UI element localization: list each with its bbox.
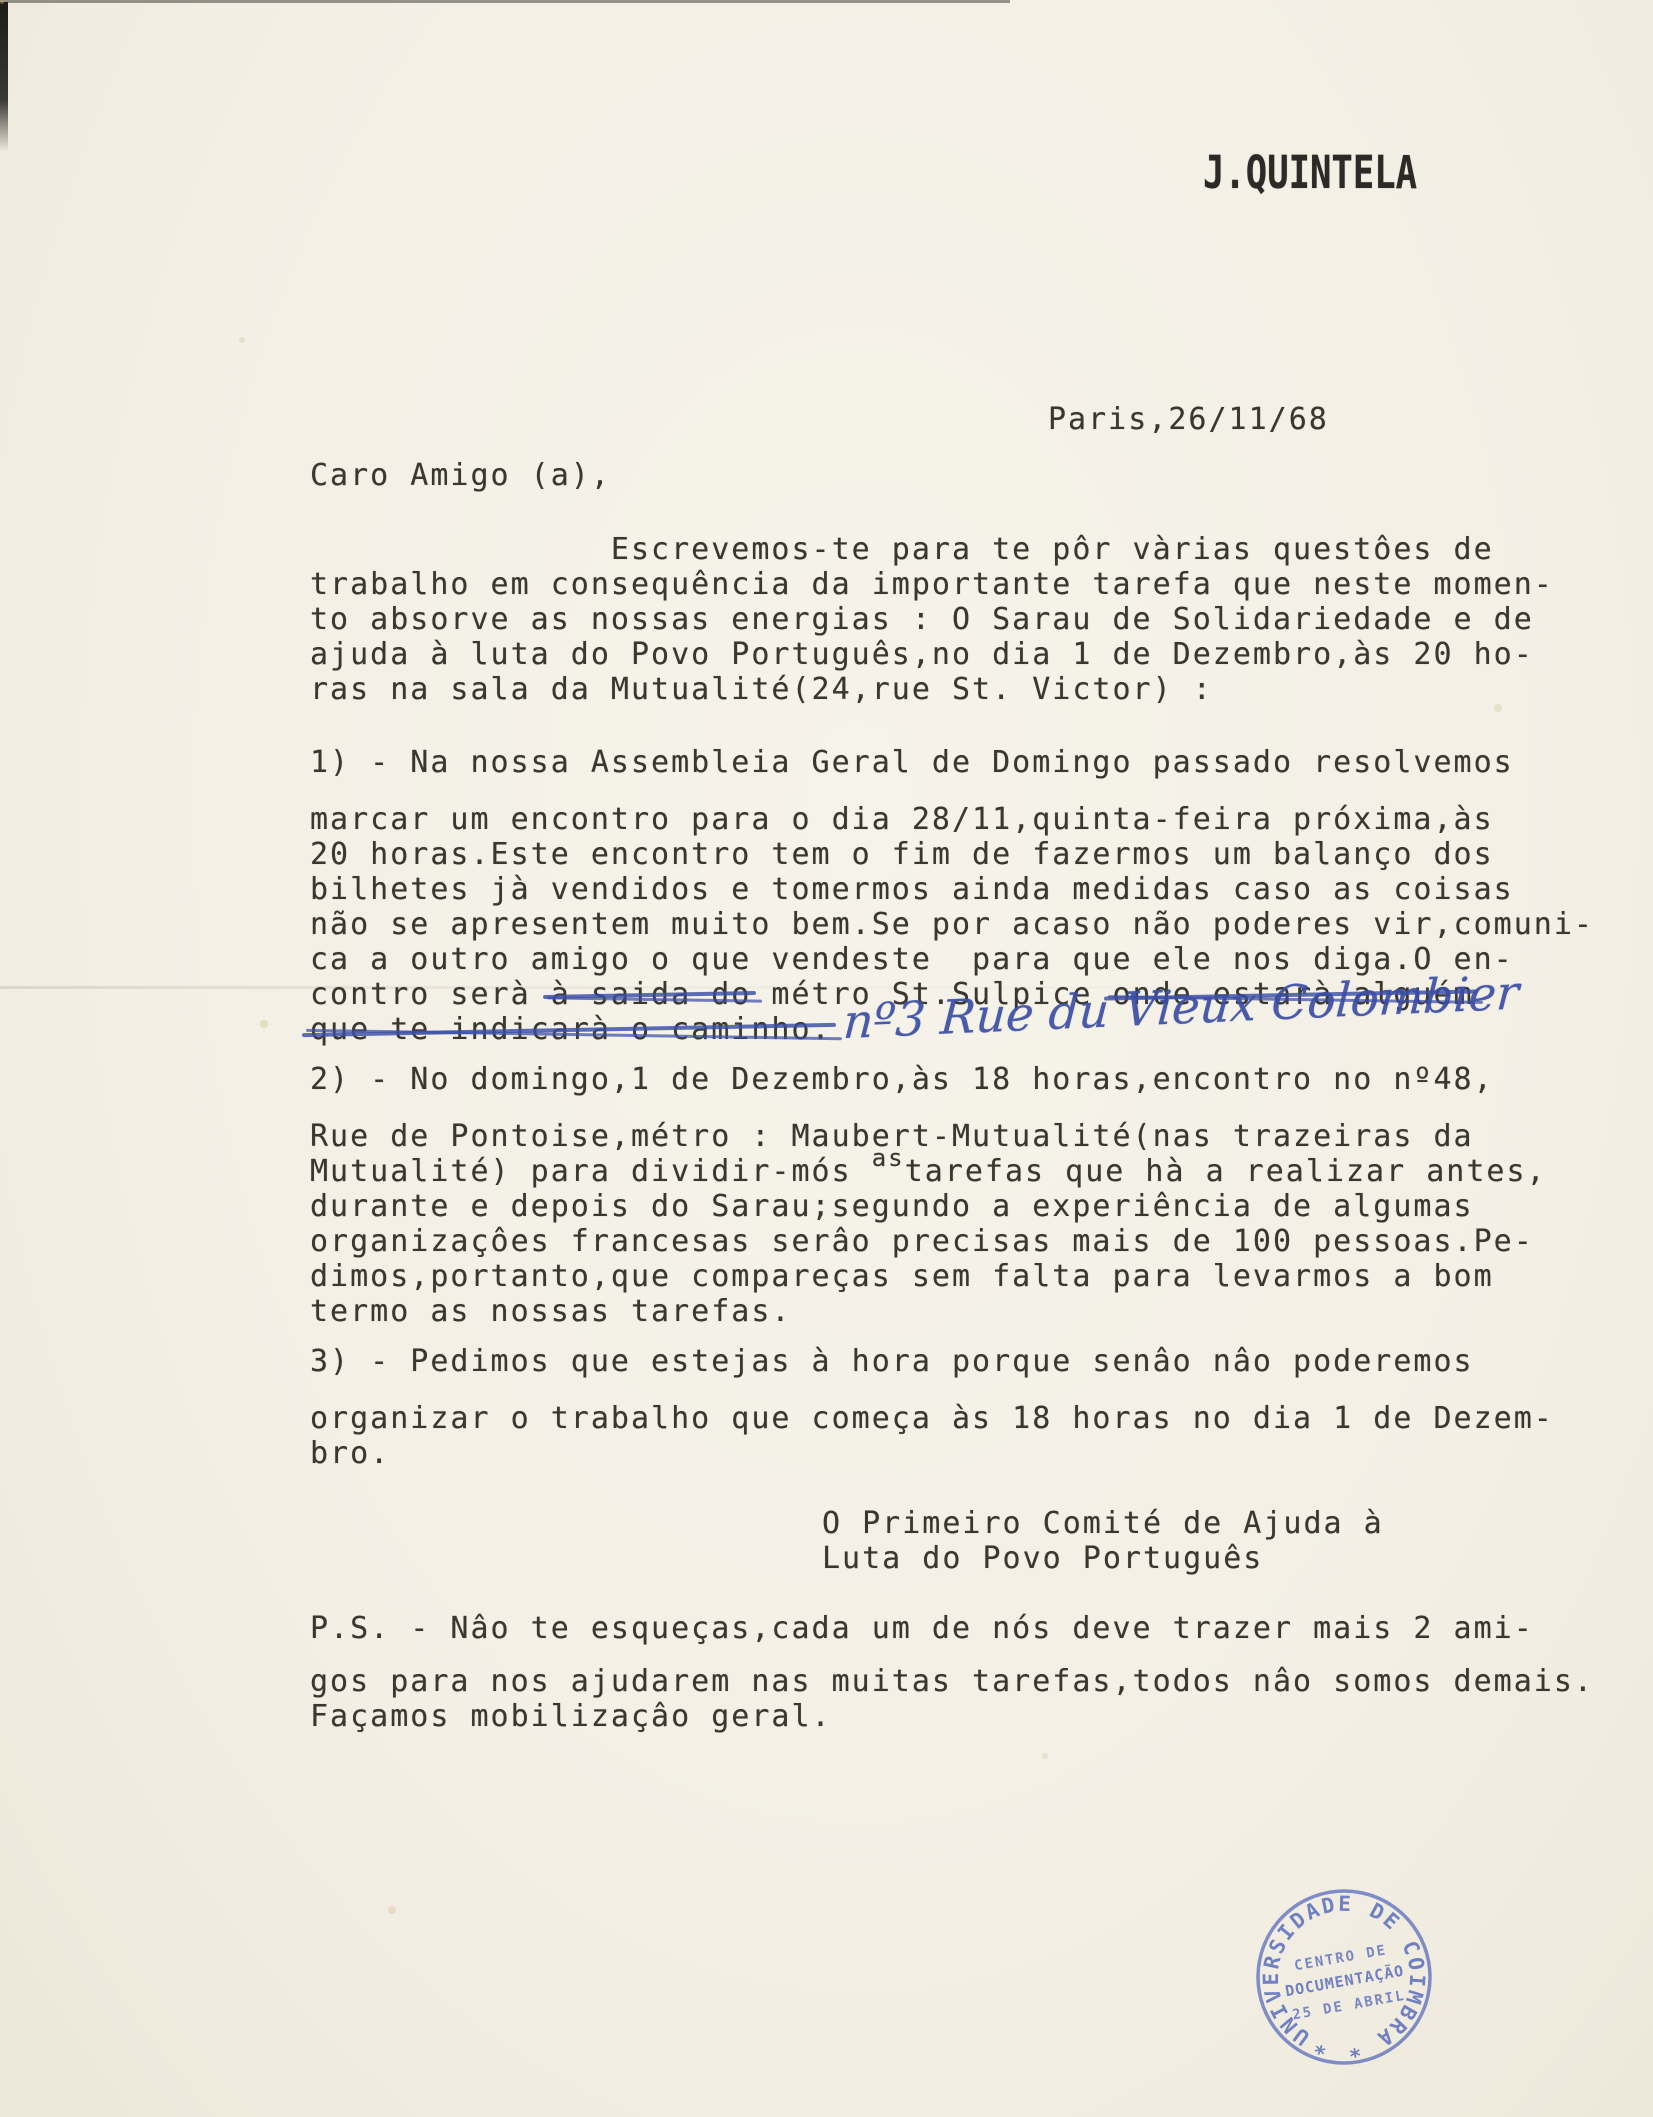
typed-line: Façamos mobilizaçâo geral. [310,1699,1630,1734]
typed-text: 20 horas.Este encontro tem o fim de faze… [310,837,1494,872]
typed-text: bilhetes jà vendidos e tomermos ainda me… [310,872,1514,907]
archive-stamp: UNIVERSIDADE DE COIMBRA * * CENTRO DE DO… [1237,1870,1452,2085]
typed-text: Luta do Povo Português [822,1541,1263,1576]
item2-heading: 2) - No domingo,1 de Dezembro,às 18 hora… [310,1062,1630,1097]
typed-text: ca a outro amigo o que vendeste para que… [310,942,1514,977]
typed-line: marcar um encontro para o dia 28/11,quin… [310,802,1630,837]
typed-text: gos para nos ajudarem nas muitas tarefas… [310,1664,1594,1699]
typed-text: marcar um encontro para o dia 28/11,quin… [310,802,1494,837]
letter-body: Escrevemos-te para te pôr vàrias questôe… [310,532,1630,1734]
typed-text: trabalho em consequência da importante t… [310,567,1554,602]
postscript-paragraph: gos para nos ajudarem nas muitas tarefas… [310,1664,1630,1734]
typed-line: 3) - Pedimos que estejas à hora porque s… [310,1344,1630,1379]
typed-line: Mutualité) para dividir-mós astarefas qu… [310,1154,1630,1189]
typed-line: trabalho em consequência da importante t… [310,567,1630,602]
typed-text: Façamos mobilizaçâo geral. [310,1699,832,1734]
typed-text: Mutualité) para dividir-mós [310,1154,872,1189]
paper-speckles [0,0,4,4]
typed-line: termo as nossas tarefas. [310,1294,1630,1329]
typed-line: bro. [310,1436,1630,1471]
typed-text: durante e depois do Sarau;segundo a expe… [310,1189,1474,1224]
typed-text: to absorve as nossas energias : O Sarau … [310,602,1534,637]
typed-line: organizaçôes francesas serâo precisas ma… [310,1224,1630,1259]
scanned-letter-page: J.QUINTELA Paris,26/11/68 Caro Amigo (a)… [0,0,1653,2117]
item3-paragraph: organizar o trabalho que começa às 18 ho… [310,1401,1630,1471]
scan-edge-artifact-left [0,2,8,152]
typed-text: contro serà [310,977,551,1012]
typed-text: organizaçôes francesas serâo precisas ma… [310,1224,1534,1259]
typed-text: 3) - Pedimos que estejas à hora porque s… [310,1344,1474,1379]
typed-line: ajuda à luta do Povo Português,no dia 1 … [310,637,1630,672]
item1-heading: 1) - Na nossa Assembleia Geral de Doming… [310,745,1630,780]
typed-text: ajuda à luta do Povo Português,no dia 1 … [310,637,1534,672]
typed-text: tarefas que hà a realizar antes, [905,1154,1547,1189]
typed-text: dimos,portanto,que compareças sem falta … [310,1259,1494,1294]
typed-line: não se apresentem muito bem.Se por acaso… [310,907,1630,942]
typed-line: bilhetes jà vendidos e tomermos ainda me… [310,872,1630,907]
typed-text: bro. [310,1436,390,1471]
typed-text: não se apresentem muito bem.Se por acaso… [310,907,1594,942]
intro-paragraph: Escrevemos-te para te pôr vàrias questôe… [310,532,1630,707]
scan-edge-artifact-top [0,0,1010,3]
typed-line: dimos,portanto,que compareças sem falta … [310,1259,1630,1294]
postscript-heading: P.S. - Nâo te esqueças,cada um de nós de… [310,1611,1630,1646]
typed-text: 1) - Na nossa Assembleia Geral de Doming… [310,745,1514,780]
typed-text: termo as nossas tarefas. [310,1294,791,1329]
typed-line: organizar o trabalho que começa às 18 ho… [310,1401,1630,1436]
dateline: Paris,26/11/68 [1048,402,1329,437]
typed-line: durante e depois do Sarau;segundo a expe… [310,1189,1630,1224]
typed-line: 1) - Na nossa Assembleia Geral de Doming… [310,745,1630,780]
pen-struck-text: à saida do [551,977,752,1012]
item3-heading: 3) - Pedimos que estejas à hora porque s… [310,1344,1630,1379]
typed-text: P.S. - Nâo te esqueças,cada um de nós de… [310,1611,1534,1646]
typed-line: 20 horas.Este encontro tem o fim de faze… [310,837,1630,872]
typed-line: P.S. - Nâo te esqueças,cada um de nós de… [310,1611,1630,1646]
pen-struck-text: que te indicarà o caminho. [310,1012,832,1047]
typed-line: Escrevemos-te para te pôr vàrias questôe… [310,532,1630,567]
signature-block: O Primeiro Comité de Ajuda àLuta do Povo… [310,1506,1630,1576]
typed-text: Escrevemos-te para te pôr vàrias questôe… [310,532,1494,567]
typed-text: ras na sala da Mutualité(24,rue St. Vict… [310,672,1213,707]
typed-line: Luta do Povo Português [822,1541,1630,1576]
typed-text: organizar o trabalho que começa às 18 ho… [310,1401,1554,1436]
sender-name-stamp: J.QUINTELA [1203,146,1417,199]
typed-line: O Primeiro Comité de Ajuda à [822,1506,1630,1541]
salutation: Caro Amigo (a), [310,458,611,493]
item2-paragraph: Rue de Pontoise,métro : Maubert-Mutualit… [310,1119,1630,1329]
typed-line: ras na sala da Mutualité(24,rue St. Vict… [310,672,1630,707]
typed-line: Rue de Pontoise,métro : Maubert-Mutualit… [310,1119,1630,1154]
typed-line: to absorve as nossas energias : O Sarau … [310,602,1630,637]
typed-insertion-above-line: as [872,1144,905,1172]
typed-text: 2) - No domingo,1 de Dezembro,às 18 hora… [310,1062,1494,1097]
typed-text: O Primeiro Comité de Ajuda à [822,1506,1384,1541]
typed-line: gos para nos ajudarem nas muitas tarefas… [310,1664,1630,1699]
typed-line: 2) - No domingo,1 de Dezembro,às 18 hora… [310,1062,1630,1097]
